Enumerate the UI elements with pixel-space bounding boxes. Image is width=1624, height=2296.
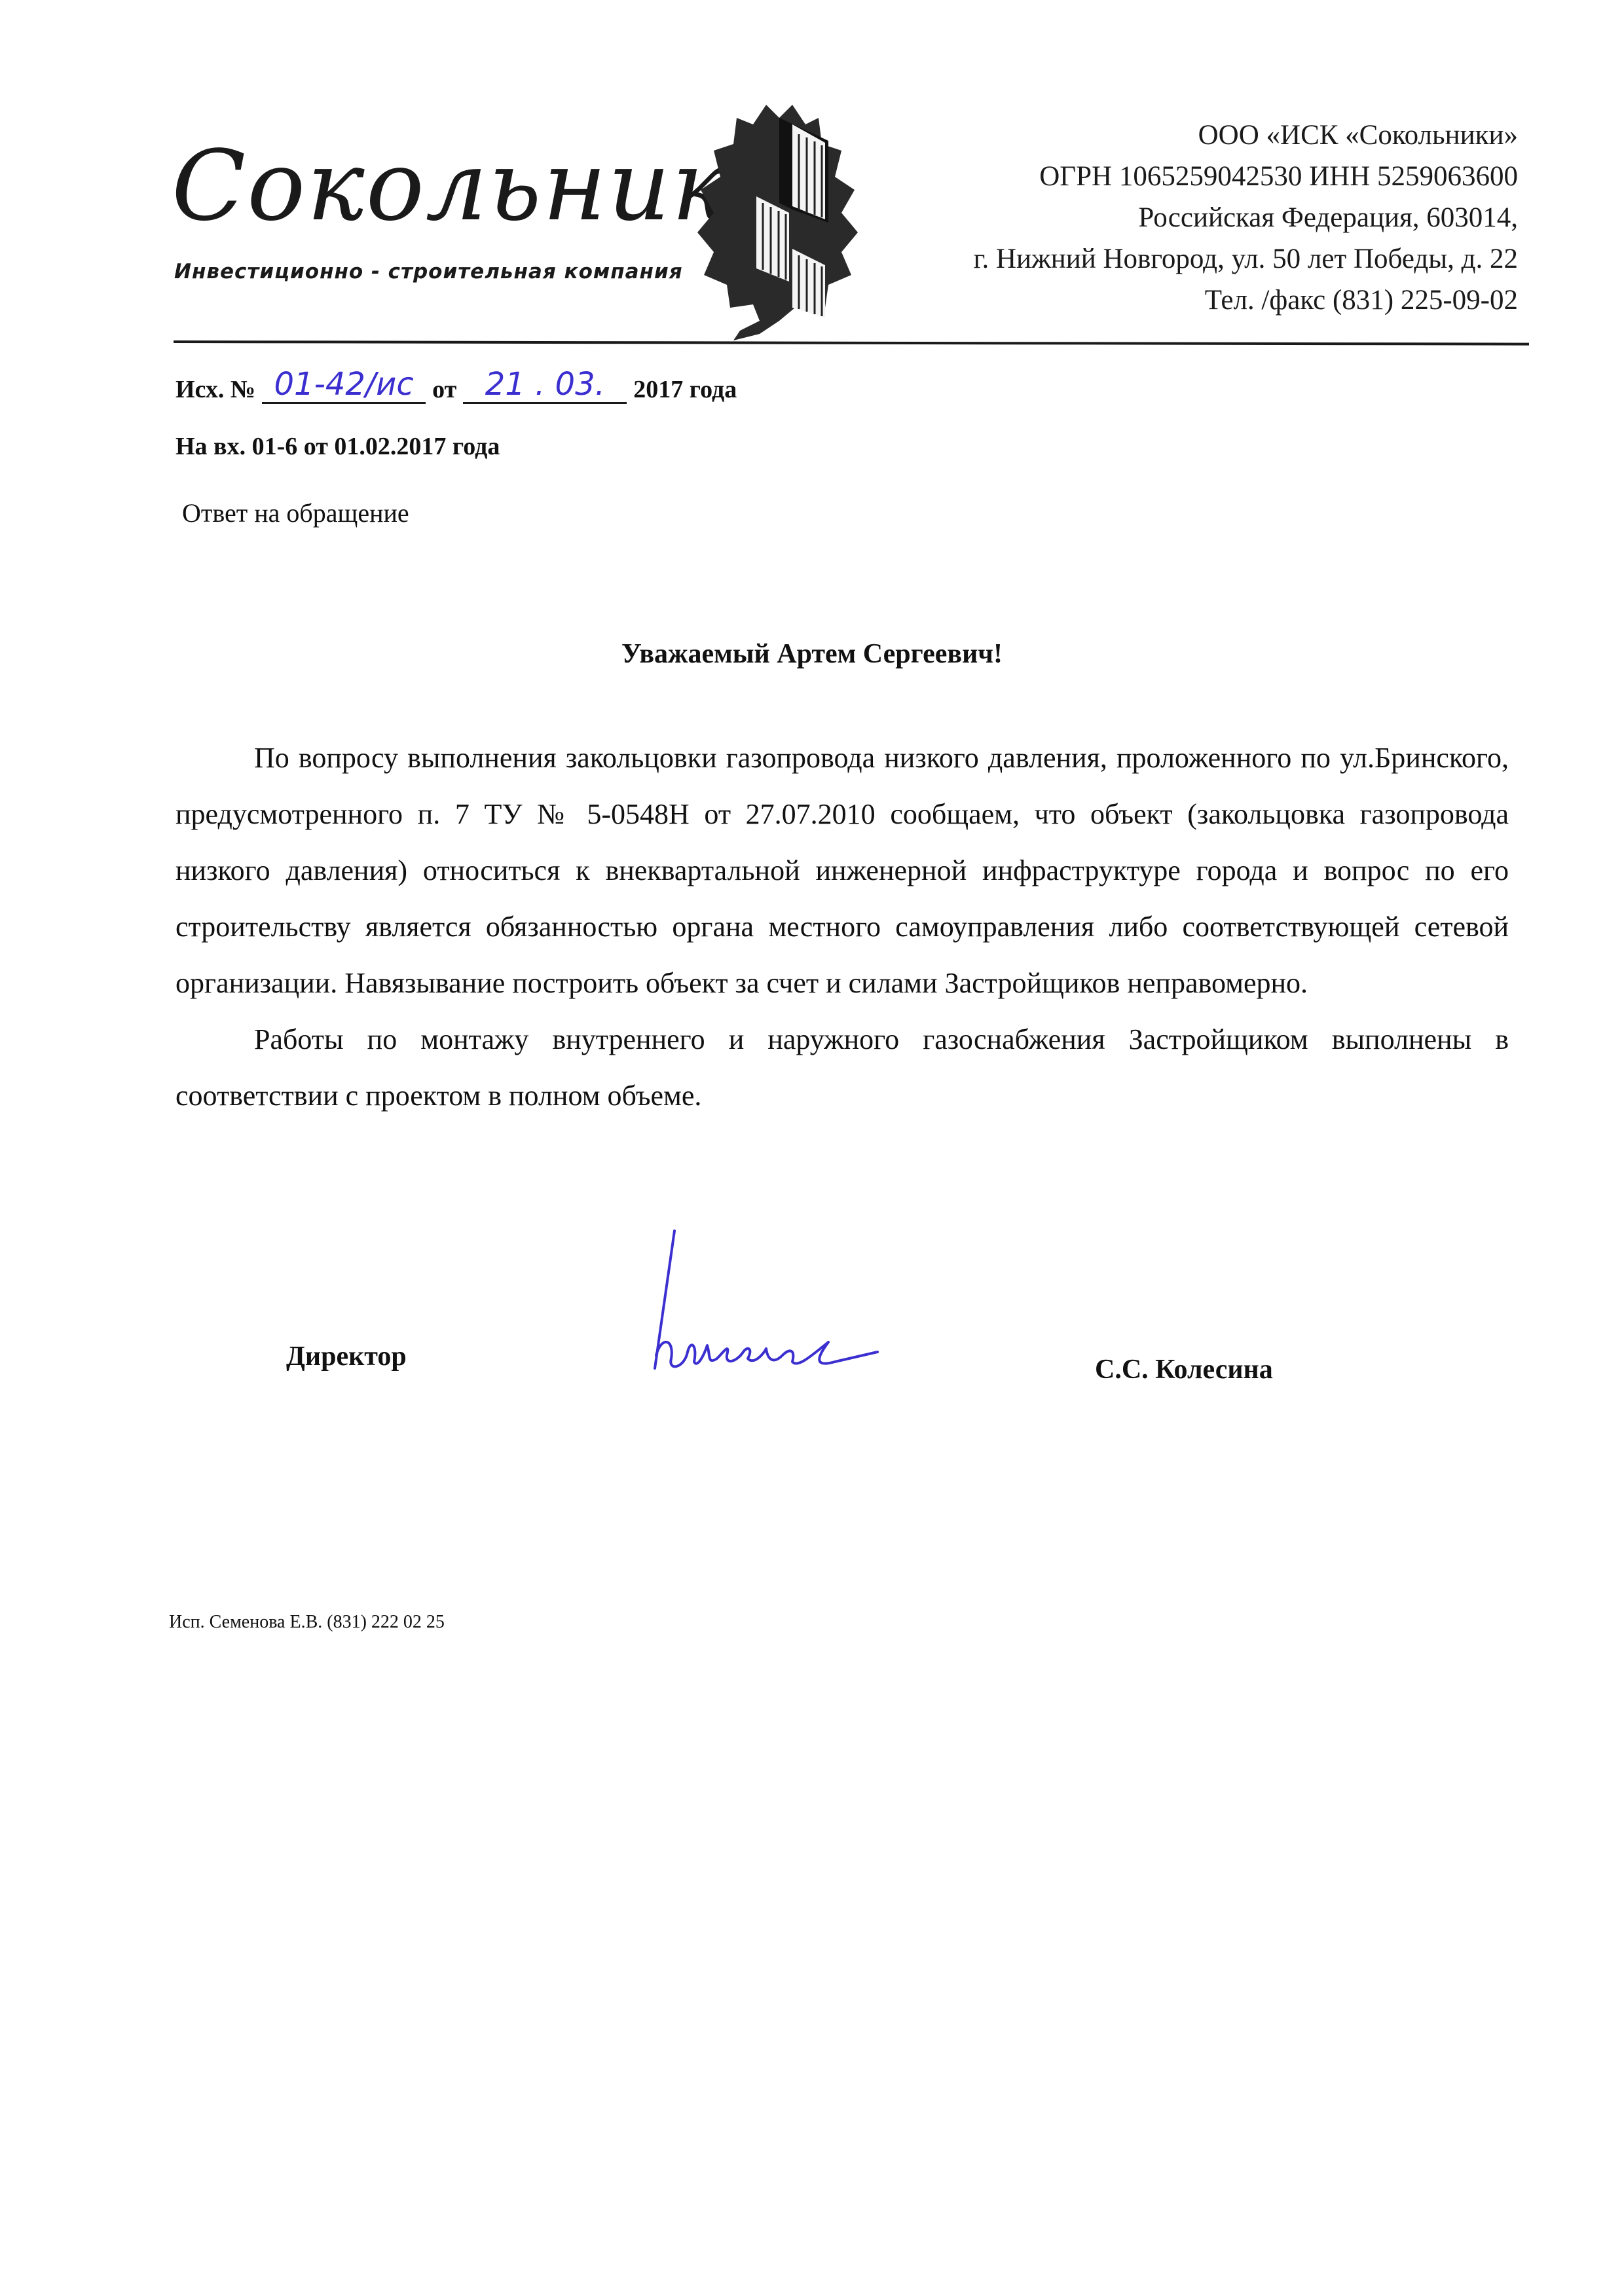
company-name: ООО «ИСК «Сокольники» <box>974 115 1518 156</box>
company-details: ООО «ИСК «Сокольники» ОГРН 1065259042530… <box>974 115 1518 321</box>
company-registration: ОГРН 1065259042530 ИНН 5259063600 <box>974 156 1518 197</box>
company-country: Российская Федерация, 603014, <box>974 197 1518 238</box>
leaf-buildings-logo-icon <box>694 98 864 340</box>
company-address: г. Нижний Новгород, ул. 50 лет Победы, д… <box>974 238 1518 280</box>
handwritten-signature-icon <box>576 1224 891 1394</box>
outgoing-number: 01-42/ис <box>262 367 426 404</box>
header-divider <box>174 340 1529 346</box>
brand-tagline: Инвестиционно - строительная компания <box>174 260 683 283</box>
body-paragraph: Работы по монтажу внутреннего и наружног… <box>175 1011 1509 1124</box>
company-phone: Тел. /факс (831) 225-09-02 <box>974 280 1518 321</box>
greeting: Уважаемый Артем Сергеевич! <box>0 638 1624 670</box>
outgoing-reference: Исх. № 01-42/ис от 21 . 03. 2017 года <box>175 367 737 404</box>
letter-body: По вопросу выполнения закольцовки газопр… <box>175 730 1509 1124</box>
year-suffix: 2017 года <box>633 375 737 404</box>
letter-subject: Ответ на обращение <box>182 498 409 528</box>
outgoing-label: Исх. № <box>175 375 255 404</box>
outgoing-date: 21 . 03. <box>463 367 627 404</box>
signatory-title: Директор <box>286 1341 407 1372</box>
executor-contact: Исп. Семенова Е.В. (831) 222 02 25 <box>169 1612 445 1633</box>
incoming-reference: На вх. 01-6 от 01.02.2017 года <box>175 432 500 461</box>
signatory-name: С.С. Колесина <box>1095 1354 1273 1385</box>
body-paragraph: По вопросу выполнения закольцовки газопр… <box>175 730 1509 1011</box>
from-label: от <box>432 375 456 404</box>
